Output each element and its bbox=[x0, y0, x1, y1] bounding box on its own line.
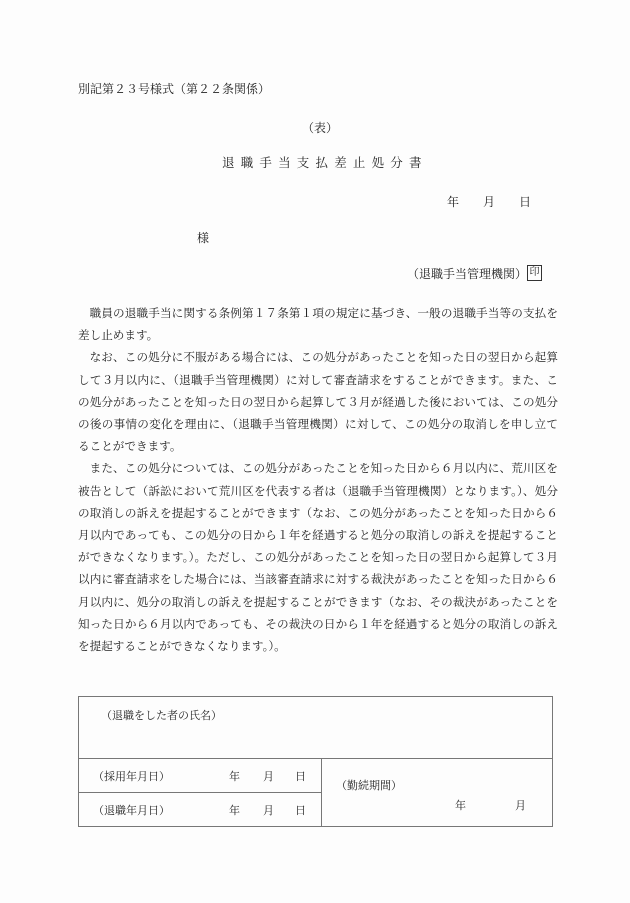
hire-date-label: （採用年月日） bbox=[93, 768, 229, 784]
retire-day: 日 bbox=[295, 802, 321, 818]
retiree-name-cell: （退職をした者の氏名） bbox=[79, 697, 553, 759]
issuer-name: （退職手当管理機関） bbox=[407, 265, 527, 282]
notice-body: 職員の退職手当に関する条例第１７条第１項の規定に基づき、一般の退職手当等の支払を… bbox=[78, 302, 558, 657]
retire-date-cell: （退職年月日） 年 月 日 bbox=[79, 793, 322, 827]
issue-date: 年月日 bbox=[447, 193, 531, 210]
retire-month: 月 bbox=[263, 802, 289, 818]
hire-month: 月 bbox=[263, 768, 289, 784]
date-year: 年 bbox=[447, 193, 459, 210]
retiree-info-table: （退職をした者の氏名） （採用年月日） 年 月 日 （勤続期間） 年 月 （退職… bbox=[78, 696, 553, 827]
hire-date-cell: （採用年月日） 年 月 日 bbox=[79, 759, 322, 793]
side-label: （表） bbox=[302, 119, 338, 136]
date-day: 日 bbox=[519, 193, 531, 210]
paragraph-lawsuit: また、この処分については、この処分があったことを知った日から６月以内に、荒川区を… bbox=[78, 457, 558, 657]
retire-year: 年 bbox=[229, 802, 255, 818]
seal-stamp-icon: 印 bbox=[527, 265, 542, 281]
retire-date-label: （退職年月日） bbox=[93, 802, 229, 818]
tenure-label: （勤続期間） bbox=[336, 777, 402, 793]
hire-year: 年 bbox=[229, 768, 255, 784]
tenure-month: 月 bbox=[515, 797, 526, 813]
retiree-name-label: （退職をした者の氏名） bbox=[101, 709, 222, 722]
document-title: 退職手当支払差止処分書 bbox=[222, 153, 428, 171]
tenure-cell: （勤続期間） 年 月 bbox=[322, 759, 553, 827]
addressee-suffix: 様 bbox=[197, 229, 209, 246]
tenure-year: 年 bbox=[455, 797, 466, 813]
paragraph-appeal: なお、この処分に不服がある場合には、この処分があったことを知った日の翌日から起算… bbox=[78, 346, 558, 457]
hire-day: 日 bbox=[295, 768, 321, 784]
date-month: 月 bbox=[483, 193, 495, 210]
form-identifier: 別記第２３号様式（第２２条関係） bbox=[78, 80, 270, 97]
paragraph-main: 職員の退職手当に関する条例第１７条第１項の規定に基づき、一般の退職手当等の支払を… bbox=[78, 302, 558, 346]
